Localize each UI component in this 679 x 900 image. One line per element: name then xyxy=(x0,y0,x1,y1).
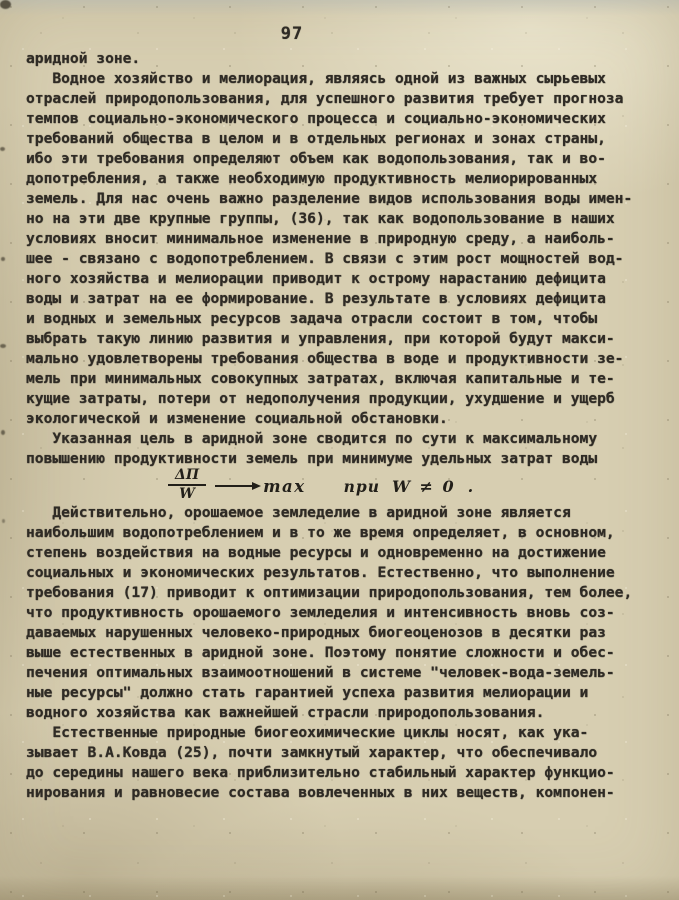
text-line: водного хозяйства как важнейшей страсли … xyxy=(26,703,662,723)
text-line: отраслей природопользования, для успешно… xyxy=(26,89,662,109)
body-text: аридной зоне. Водное хозяйство и мелиора… xyxy=(26,49,662,803)
text-line: условиях вносит минимальное изменение в … xyxy=(26,229,662,249)
text-line: даваемых нарушенных человеко-природных б… xyxy=(26,623,662,643)
text-line: выбрать такую линию развития и управлени… xyxy=(26,329,662,349)
formula-fraction: ΔП W xyxy=(168,468,206,501)
text-line: аридной зоне. xyxy=(26,49,662,69)
text-line: до середины нашего века приблизительно с… xyxy=(26,763,662,783)
text-line: нирования и равновесие состава вовлеченн… xyxy=(26,783,662,803)
scan-speck xyxy=(2,519,5,523)
formula-condition-label: при xyxy=(344,477,380,496)
text-line: земель. Для нас очень важно разделение в… xyxy=(26,189,662,209)
scan-speck xyxy=(0,0,11,9)
text-line: требования (17) приводит к оптимизации п… xyxy=(26,583,662,603)
text-line: допотребления, а также необходимую проду… xyxy=(26,169,662,189)
text-line: повышению продуктивности земель при мини… xyxy=(26,449,662,469)
formula-condition-expression: W ≠ 0 xyxy=(392,477,456,496)
handwritten-formula: ΔП W max при W ≠ 0 . xyxy=(168,469,662,503)
page-number: 97 xyxy=(272,24,312,44)
text-line: социальных и экономических результатов. … xyxy=(26,563,662,583)
text-line: печения оптимальных взаимоотношений в си… xyxy=(26,663,662,683)
text-line: мально удовлетворены требования общества… xyxy=(26,349,662,369)
text-line: требований общества в целом и в отдельны… xyxy=(26,129,662,149)
text-line: ибо эти требования определяют объем как … xyxy=(26,149,662,169)
text-line: зывает В.А.Ковда (25), почти замкнутый х… xyxy=(26,743,662,763)
text-line: и водных и земельных ресурсов задача отр… xyxy=(26,309,662,329)
text-line: шее - связано с водопотреблением. В связ… xyxy=(26,249,662,269)
formula-period: . xyxy=(468,477,474,496)
text-line: но на эти две крупные группы, (36), так … xyxy=(26,209,662,229)
text-line: Действительно, орошаемое земледелие в ар… xyxy=(26,503,662,523)
text-line: выше естественных в аридной зоне. Поэтом… xyxy=(26,643,662,663)
text-line: ного хозяйства и мелиорации приводит к о… xyxy=(26,269,662,289)
text-line: ные ресурсы" должно стать гарантией успе… xyxy=(26,683,662,703)
text-line: воды и затрат на ее формирование. В резу… xyxy=(26,289,662,309)
text-line: Указанная цель в аридной зоне сводится п… xyxy=(26,429,662,449)
text-line: Водное хозяйство и мелиорация, являясь о… xyxy=(26,69,662,89)
scan-speck xyxy=(1,430,5,435)
text-line: степень воздействия на водные ресурсы и … xyxy=(26,543,662,563)
right-arrow-icon xyxy=(215,485,253,487)
text-line: что продуктивность орошаемого земледелия… xyxy=(26,603,662,623)
formula-result: max xyxy=(263,477,306,496)
text-line: наибольшим водопотреблением и в то же вр… xyxy=(26,523,662,543)
scan-speck xyxy=(1,257,5,261)
text-line: кущие затраты, потери от недополучения п… xyxy=(26,389,662,409)
text-line: мель при минимальных совокупных затратах… xyxy=(26,369,662,389)
scan-speck xyxy=(0,147,5,151)
text-line: Естественные природные биогеохимические … xyxy=(26,723,662,743)
text-line: экологической и изменение социальной обс… xyxy=(26,409,662,429)
text-line: темпов социально-экономического процесса… xyxy=(26,109,662,129)
fraction-denominator: W xyxy=(179,486,195,502)
scanned-document-page: 97 аридной зоне. Водное хозяйство и мели… xyxy=(0,0,679,900)
scan-speck xyxy=(0,344,6,348)
fraction-numerator: ΔП xyxy=(168,468,206,486)
